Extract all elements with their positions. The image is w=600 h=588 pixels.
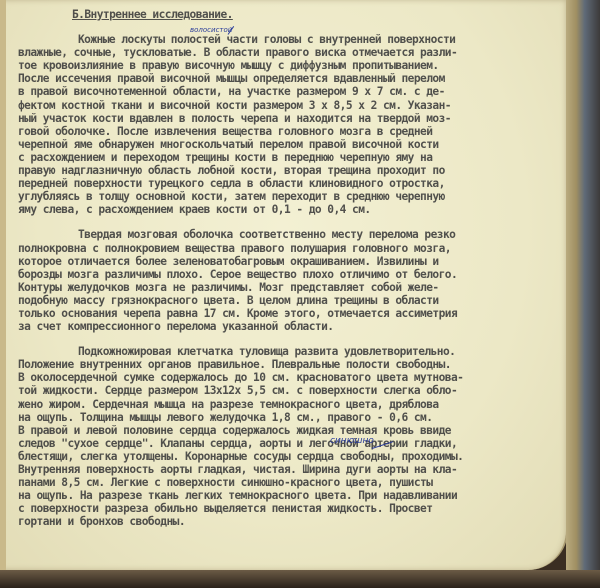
text-line: Твердая мозговая оболочка соответственно… — [18, 228, 558, 241]
binding-edge — [566, 0, 600, 588]
text-line: тое кровоизлияние в правую височную мышц… — [18, 59, 558, 72]
text-line: В правой и левой половине сердца содержа… — [18, 424, 558, 437]
text-line: Внутренняя поверхность аорты гладкая, чи… — [18, 463, 558, 476]
document-page: Б.Внутреннее исследование. Кожные лоскут… — [0, 0, 568, 570]
text-line: борозды мозга различимы плохо. Серое вещ… — [18, 268, 558, 281]
handwritten-annotation-mid: синюшно — [330, 436, 374, 446]
section-title: Б.Внутреннее исследование. — [72, 8, 558, 21]
text-line: черепной яме обнаружен многоскольчатый п… — [18, 138, 558, 151]
text-line: говой оболочке. После извлечения веществ… — [18, 125, 558, 138]
paragraph-thorax-heart-lungs: Подкожножировая клетчатка туловища разви… — [18, 345, 558, 528]
text-line: подобную массу грязнокрасного цвета. В ц… — [18, 294, 558, 307]
text-line: за счет компрессионного перелома указанн… — [18, 320, 558, 333]
handwritten-annotation-top: волосистой — [190, 26, 232, 34]
text-line: ный участок кости вдавлен в полость чере… — [18, 112, 558, 125]
text-line: фектом костной ткани и височной кости ра… — [18, 99, 558, 112]
text-line: передней поверхности турецкого седла в о… — [18, 177, 558, 190]
text-line: с расхождением и переходом трещины кости… — [18, 151, 558, 164]
text-line: Подкожножировая клетчатка туловища разви… — [18, 345, 558, 358]
text-line: панами 8,5 см. Легкие с поверхности синю… — [18, 476, 558, 489]
text-line: Кожные лоскуты полостей части головы с в… — [18, 33, 558, 46]
text-line: только основания черепа равна 17 см. Кро… — [18, 307, 558, 320]
paragraph-dura-mater: Твердая мозговая оболочка соответственно… — [18, 228, 558, 333]
text-line: После иссечения правой височной мышцы оп… — [18, 72, 558, 85]
text-line: на ощупь. Толщина мышцы левого желудочка… — [18, 411, 558, 424]
text-line: гортани и бронхов свободны. — [18, 515, 558, 528]
text-line: правую надглазничную область лобной кост… — [18, 164, 558, 177]
text-line: углубляясь в толщу основной кости, затем… — [18, 190, 558, 203]
text-line: той жидкости. Сердце размером 13х12х 5,5… — [18, 384, 558, 397]
text-line: которое отличается более зеленоватобагро… — [18, 255, 558, 268]
text-line: на ощупь. На разрезе ткань легких темнок… — [18, 489, 558, 502]
text-line: блестящи, слегка утолщены. Коронарные со… — [18, 450, 558, 463]
text-line: полнокровна с полнокровием вещества прав… — [18, 242, 558, 255]
text-line: В околосердечной сумке содержалось до 10… — [18, 371, 558, 384]
text-line: в правой височнотеменной области, на уча… — [18, 85, 558, 98]
text-line: Положение внутренних органов правильное.… — [18, 358, 558, 371]
text-line: следов "сухое сердце". Клапаны сердца, а… — [18, 437, 558, 450]
text-line: Контуры желудочков мозга не различимы. М… — [18, 281, 558, 294]
document-body: Б.Внутреннее исследование. Кожные лоскут… — [18, 8, 558, 540]
paragraph-head-examination: Кожные лоскуты полостей части головы с в… — [18, 33, 558, 216]
page-bottom-shadow — [0, 570, 600, 588]
text-line: влажные, сочные, тускловатые. В области … — [18, 46, 558, 59]
page-left-edge — [0, 0, 6, 570]
text-line: с поверхности разреза обильно выделяется… — [18, 502, 558, 515]
text-line: яму слева, с расхождением краев кости от… — [18, 203, 558, 216]
text-line: жено жиром. Сердечная мышца на разрезе т… — [18, 398, 558, 411]
